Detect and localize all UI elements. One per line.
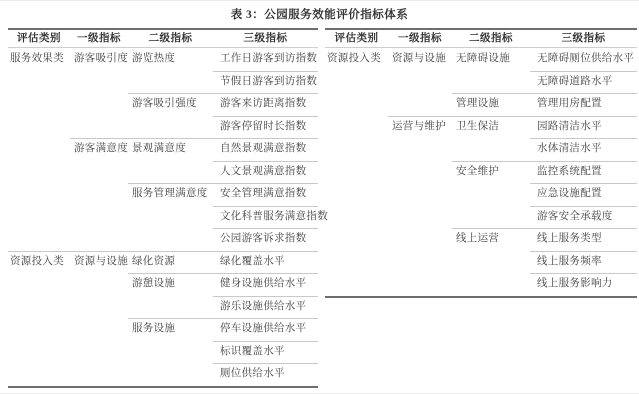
table-row: 无障碍道路水平 [325, 71, 637, 94]
table-cell: 线上服务影响力 [530, 273, 637, 296]
table-cell [452, 206, 530, 230]
table-cell: 安全管理满意指数 [213, 183, 318, 207]
table-cell [70, 296, 128, 320]
table-row: 游客满意度景观满意度自然景观满意指数 [8, 138, 318, 161]
table-cell: 水体清洁水平 [530, 138, 637, 162]
table-cell [388, 273, 452, 296]
table-cell [325, 273, 388, 296]
table-cell [325, 161, 388, 185]
table-cell: 资源与设施 [388, 48, 452, 72]
table-cell [8, 138, 70, 162]
table-cell [70, 206, 128, 230]
column-header: 一级指标 [70, 30, 128, 47]
table-cell: 绿化覆盖水平 [213, 251, 318, 275]
table-cell [325, 183, 388, 207]
table-cell [325, 93, 388, 117]
table-cell: 停车设施供给水平 [213, 318, 318, 342]
table-cell [8, 206, 70, 230]
table-cell: 资源投入类 [8, 251, 70, 275]
table-row: 人文景观满意指数 [8, 161, 318, 184]
table-cell [128, 116, 213, 140]
table-cell [388, 251, 452, 275]
table-cell: 游览热度 [128, 48, 213, 72]
table-row: 运营与维护卫生保洁园路清洁水平 [325, 116, 637, 139]
table-cell: 管理用房配置 [530, 93, 637, 117]
table-cell: 游客安全承载度 [530, 206, 637, 230]
table-row: 游客吸引强度游客来访距离指数 [8, 93, 318, 116]
table-cell: 无障碍道路水平 [530, 71, 637, 95]
table-cell: 健身设施供给水平 [213, 273, 318, 297]
table-row: 文化科普服务满意指数 [8, 206, 318, 229]
table-cell: 线上服务频率 [530, 251, 637, 275]
table-row: 水体清洁水平 [325, 138, 637, 161]
table-cell: 运营与维护 [388, 116, 452, 140]
table-cell: 线上服务类型 [530, 228, 637, 252]
table-cell: 应急设施配置 [530, 183, 637, 207]
table-cell [8, 71, 70, 95]
table-cell [70, 183, 128, 207]
table-cell [70, 318, 128, 342]
table-cell: 游憩设施 [128, 273, 213, 297]
table-cell: 公园游客诉求指数 [213, 228, 318, 252]
table-cell [325, 228, 388, 252]
table-cell [325, 206, 388, 230]
table-row: 资源投入类资源与设施无障碍设施无障碍厕位供给水平 [325, 48, 637, 71]
table-cell [388, 206, 452, 230]
table-cell [8, 93, 70, 117]
table-cell: 服务效果类 [8, 48, 70, 72]
table-cell [452, 183, 530, 207]
table-row: 节假日游客到访指数 [8, 71, 318, 94]
table-cell: 无障碍厕位供给水平 [530, 48, 637, 72]
column-header: 二级指标 [452, 30, 530, 47]
column-header: 一级指标 [388, 30, 452, 47]
table-row: 服务效果类游客吸引度游览热度工作日游客到访指数 [8, 48, 318, 71]
table-cell [70, 116, 128, 140]
table-cell [8, 296, 70, 320]
table-cell: 监控系统配置 [530, 161, 637, 185]
document-page: 表 3：公园服务效能评价指标体系 评估类别一级指标二级指标三级指标服务效果类游客… [0, 0, 639, 394]
table-row: 游客停留时长指数 [8, 116, 318, 139]
table-cell [70, 93, 128, 117]
table-cell [70, 273, 128, 297]
column-header: 二级指标 [128, 30, 213, 47]
table-cell [8, 341, 70, 365]
table-row: 服务设施停车设施供给水平 [8, 318, 318, 341]
table-cell [388, 183, 452, 207]
table-cell [452, 273, 530, 296]
table-cell: 无障碍设施 [452, 48, 530, 72]
table-cell [8, 318, 70, 342]
table-cell [70, 363, 128, 386]
column-header: 评估类别 [325, 30, 388, 47]
table-cell [388, 138, 452, 162]
table-cell: 工作日游客到访指数 [213, 48, 318, 72]
table-header-row: 评估类别一级指标二级指标三级指标 [8, 30, 318, 48]
table-cell [8, 273, 70, 297]
table-cell: 游客来访距离指数 [213, 93, 318, 117]
table-row: 安全维护监控系统配置 [325, 161, 637, 184]
table-cell: 服务管理满意度 [128, 183, 213, 207]
table-row: 线上服务频率 [325, 251, 637, 274]
table-cell: 游客满意度 [70, 138, 128, 162]
table-cell [128, 363, 213, 386]
table-cell: 游客吸引强度 [128, 93, 213, 117]
table-cell: 自然景观满意指数 [213, 138, 318, 162]
table-row: 资源投入类资源与设施绿化资源绿化覆盖水平 [8, 251, 318, 274]
table-cell [325, 138, 388, 162]
table-row: 管理设施管理用房配置 [325, 93, 637, 116]
table-cell: 节假日游客到访指数 [213, 71, 318, 95]
table-cell: 安全维护 [452, 161, 530, 185]
table-cell [452, 71, 530, 95]
table-cell: 管理设施 [452, 93, 530, 117]
indicator-table-right: 评估类别一级指标二级指标三级指标资源投入类资源与设施无障碍设施无障碍厕位供给水平… [325, 28, 637, 298]
table-row: 公园游客诉求指数 [8, 228, 318, 251]
table-cell [70, 161, 128, 185]
table-row: 服务管理满意度安全管理满意指数 [8, 183, 318, 206]
table-row: 游乐设施供给水平 [8, 296, 318, 319]
table-cell: 游客停留时长指数 [213, 116, 318, 140]
table-row: 厕位供给水平 [8, 363, 318, 386]
table-cell: 厕位供给水平 [213, 363, 318, 386]
table-title: 表 3：公园服务效能评价指标体系 [0, 6, 639, 22]
table-cell [128, 161, 213, 185]
table-cell [388, 71, 452, 95]
table-row: 线上运营线上服务类型 [325, 228, 637, 251]
table-cell: 线上运营 [452, 228, 530, 252]
column-header: 评估类别 [8, 30, 70, 47]
table-cell [128, 71, 213, 95]
table-cell [70, 228, 128, 252]
table-row: 标识覆盖水平 [8, 341, 318, 364]
table-cell: 服务设施 [128, 318, 213, 342]
table-cell [8, 116, 70, 140]
table-cell: 资源与设施 [70, 251, 128, 275]
table-cell: 绿化资源 [128, 251, 213, 275]
table-cell: 标识覆盖水平 [213, 341, 318, 365]
table-row: 线上服务影响力 [325, 273, 637, 296]
table-cell: 人文景观满意指数 [213, 161, 318, 185]
table-cell: 游客吸引度 [70, 48, 128, 72]
table-header-row: 评估类别一级指标二级指标三级指标 [325, 30, 637, 48]
table-cell: 卫生保洁 [452, 116, 530, 140]
table-cell [8, 183, 70, 207]
table-cell [8, 363, 70, 386]
table-cell [452, 138, 530, 162]
table-cell: 游乐设施供给水平 [213, 296, 318, 320]
table-cell: 文化科普服务满意指数 [213, 206, 318, 230]
table-cell [452, 251, 530, 275]
table-cell [8, 228, 70, 252]
table-cell [70, 341, 128, 365]
table-cell [325, 71, 388, 95]
column-header: 三级指标 [213, 30, 318, 47]
column-header: 三级指标 [530, 30, 637, 47]
table-row: 游客安全承载度 [325, 206, 637, 229]
table-cell [128, 228, 213, 252]
indicator-table-left: 评估类别一级指标二级指标三级指标服务效果类游客吸引度游览热度工作日游客到访指数节… [8, 28, 318, 388]
table-cell [70, 71, 128, 95]
table-cell [388, 161, 452, 185]
table-cell [128, 341, 213, 365]
table-cell: 园路清洁水平 [530, 116, 637, 140]
table-cell [388, 93, 452, 117]
table-cell: 景观满意度 [128, 138, 213, 162]
table-row: 游憩设施健身设施供给水平 [8, 273, 318, 296]
table-cell [8, 161, 70, 185]
table-cell [325, 116, 388, 140]
table-cell [128, 206, 213, 230]
table-cell: 资源投入类 [325, 48, 388, 72]
table-cell [325, 251, 388, 275]
table-cell [388, 228, 452, 252]
table-cell [128, 296, 213, 320]
table-row: 应急设施配置 [325, 183, 637, 206]
